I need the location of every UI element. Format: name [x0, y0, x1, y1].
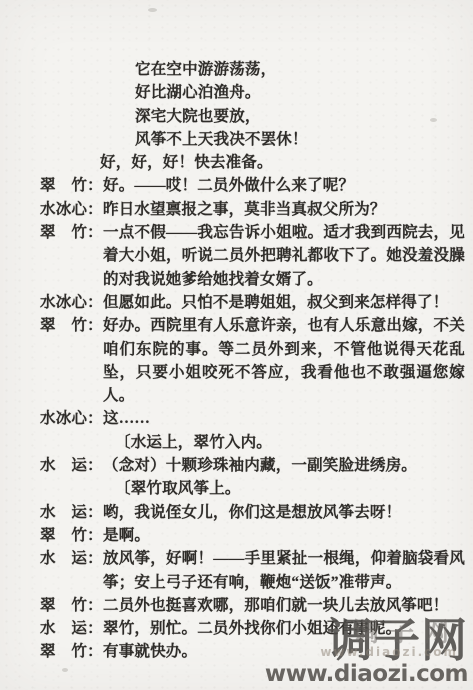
- dialogue-line: 翠 竹：好办。西院里有人乐意许亲，也有人乐意出嫁，不关咱们东院的事。等二员外到来…: [40, 314, 465, 407]
- dialogue-text: 昨日水望禀报之事，莫非当真叔父所为？: [103, 198, 465, 221]
- stage-direction-text: 〔水运上，翠竹入内。: [115, 434, 272, 451]
- dialogue-text: 二员外也挺喜欢哪，那咱们就一块儿去放风筝吧！: [103, 594, 465, 617]
- stage-direction: 〔水运上，翠竹入内。: [40, 431, 465, 454]
- script-text-block: 它在空中游游荡荡，好比湖心泊渔舟。深宅大院也要放，风筝不上天我决不罢休！ 好，好…: [40, 58, 465, 664]
- dialogue-text: 但愿如此。只怕不是聘姐姐，叔父到来怎样得了！: [103, 291, 465, 314]
- speaker-name: 翠 竹：: [40, 221, 103, 291]
- speaker-name: 水 运：: [40, 547, 103, 594]
- dialogue-line: 水 运：翠竹，别忙。二员外找你们小姐还有事呢。: [40, 617, 465, 640]
- scanned-script-page: 它在空中游游荡荡，好比湖心泊渔舟。深宅大院也要放，风筝不上天我决不罢休！ 好，好…: [0, 0, 473, 690]
- dialogue-text: 翠竹，别忙。二员外找你们小姐还有事呢。: [103, 617, 465, 640]
- dialogue-line: 水 运：（念对）十颗珍珠袖内藏，一副笑脸进绣房。: [40, 454, 465, 477]
- speaker-name: 翠 竹：: [40, 314, 103, 407]
- speaker-name: 水冰心：: [40, 291, 103, 314]
- dialogue-line: 翠 竹：二员外也挺喜欢哪，那咱们就一块儿去放风筝吧！: [40, 594, 465, 617]
- speaker-name: 水 运：: [40, 501, 103, 524]
- dialogue-text: （念对）十颗珍珠袖内藏，一副笑脸进绣房。: [103, 454, 465, 477]
- verse-line: 深宅大院也要放，: [40, 105, 465, 128]
- verse-line: 风筝不上天我决不罢休！: [40, 128, 465, 151]
- dialogue-text: 放风筝，好啊！——手里紧扯一根绳，仰着脑袋看风筝；安上弓子还有响，鞭炮“送饭”准…: [103, 547, 465, 594]
- dialogue-text: 哟，我说侄女儿，你们这是想放风筝去呀！: [103, 501, 465, 524]
- speaker-name: 翠 竹：: [40, 524, 103, 547]
- speaker-name: 翠 竹：: [40, 174, 103, 197]
- dialogue-line: 水 运：放风筝，好啊！——手里紧扯一根绳，仰着脑袋看风筝；安上弓子还有响，鞭炮“…: [40, 547, 465, 594]
- dialogue-text: 一点不假——我忘告诉小姐啦。适才我到西院去，见着大小姐，听说二员外把聘礼都收下了…: [103, 221, 465, 291]
- speaker-name: 水 运：: [40, 454, 103, 477]
- speaker-name: 水 运：: [40, 617, 103, 640]
- dialogue-text: 这……: [103, 407, 465, 430]
- watermark-site-url: www.diaozi.com: [265, 662, 468, 687]
- stage-direction: 〔翠竹取风筝上。: [40, 477, 465, 500]
- dialogue-line: 翠 竹：是啊。: [40, 524, 465, 547]
- dialogue-text: 好办。西院里有人乐意许亲，也有人乐意出嫁，不关咱们东院的事。等二员外到来，不管他…: [103, 314, 465, 407]
- dialogue-text: 好。——哎！二员外做什么来了呢？: [103, 174, 465, 197]
- dialogue-line: 水冰心：但愿如此。只怕不是聘姐姐，叔父到来怎样得了！: [40, 291, 465, 314]
- speaker-name: 水冰心：: [40, 198, 103, 221]
- dialogue-line: 水 运：哟，我说侄女儿，你们这是想放风筝去呀！: [40, 501, 465, 524]
- speaker-name: 水冰心：: [40, 407, 103, 430]
- verse-line: 它在空中游游荡荡，: [40, 58, 465, 81]
- dialogue-block: 翠 竹：好。——哎！二员外做什么来了呢？水冰心：昨日水望禀报之事，莫非当真叔父所…: [40, 174, 465, 663]
- verse-block: 它在空中游游荡荡，好比湖心泊渔舟。深宅大院也要放，风筝不上天我决不罢休！: [40, 58, 465, 151]
- dialogue-text: 是啊。: [103, 524, 465, 547]
- speaker-name: 翠 竹：: [40, 594, 103, 617]
- stage-direction-text: 〔翠竹取风筝上。: [115, 480, 241, 497]
- verse-line: 好比湖心泊渔舟。: [40, 81, 465, 104]
- dialogue-line: 水冰心：昨日水望禀报之事，莫非当真叔父所为？: [40, 198, 465, 221]
- dialogue-line: 翠 竹：一点不假——我忘告诉小姐啦。适才我到西院去，见着大小姐，听说二员外把聘礼…: [40, 221, 465, 291]
- speaker-name: 翠 竹：: [40, 640, 103, 663]
- scan-speck: [148, 8, 157, 12]
- dialogue-line: 水冰心：这……: [40, 407, 465, 430]
- dialogue-text: 有事就快办。: [103, 640, 465, 663]
- dialogue-line: 翠 竹：有事就快办。: [40, 640, 465, 663]
- scan-speck: [62, 668, 68, 672]
- verse-closing-line: 好，好，好！快去准备。: [40, 151, 465, 174]
- scan-speck: [430, 118, 437, 122]
- dialogue-line: 翠 竹：好。——哎！二员外做什么来了呢？: [40, 174, 465, 197]
